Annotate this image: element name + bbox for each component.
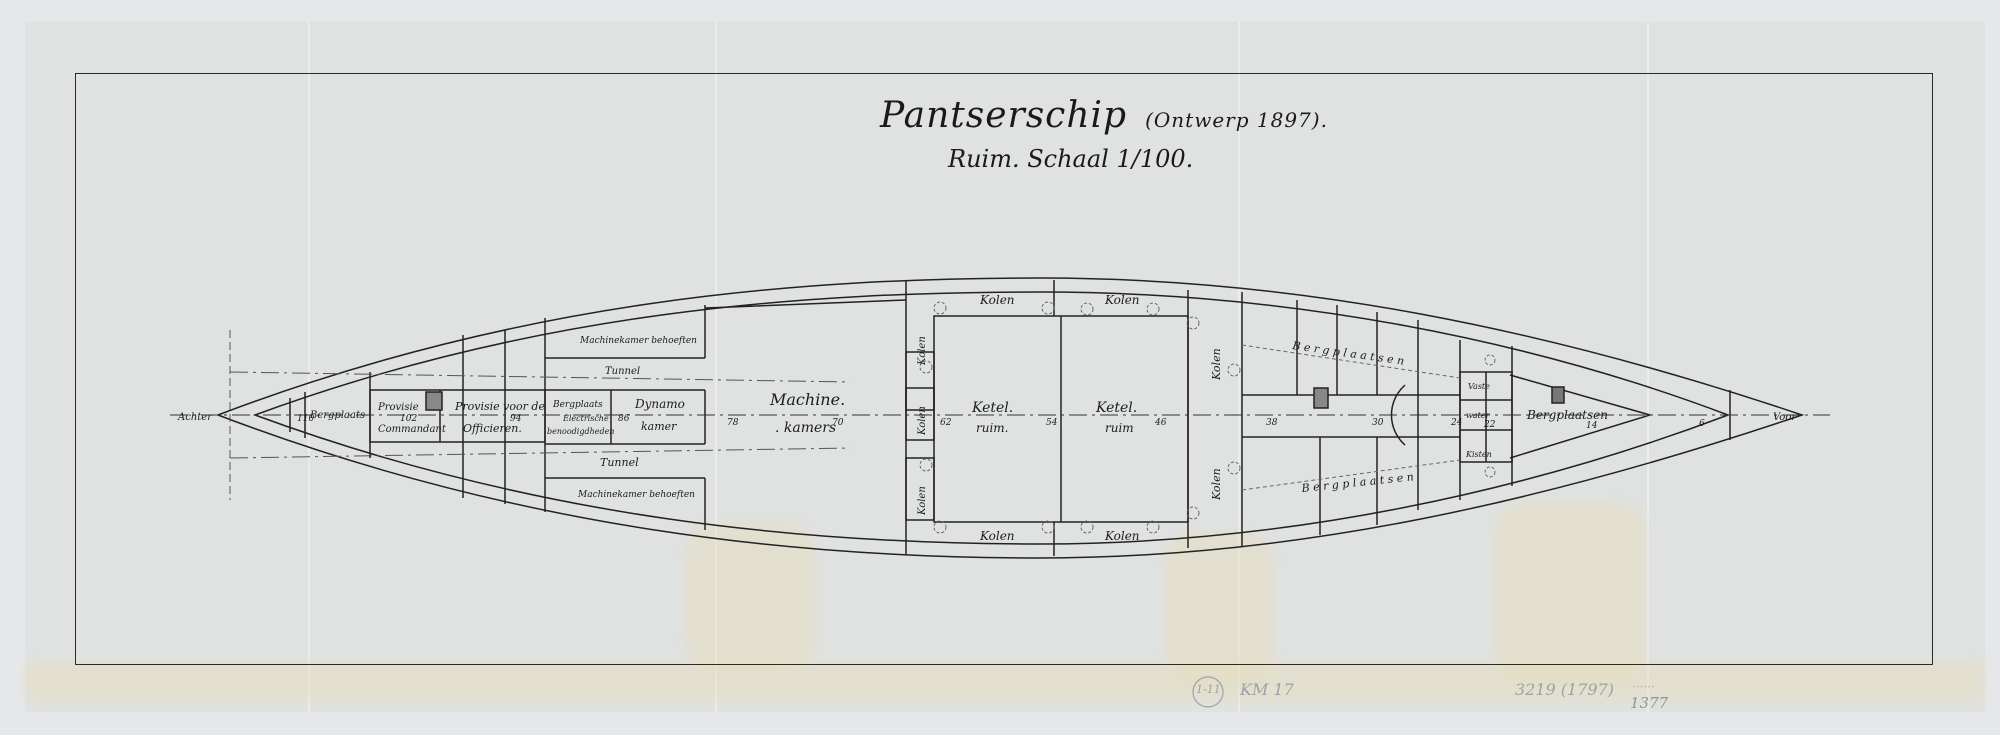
kolen-label: Kolen — [917, 336, 928, 366]
hatch-icon — [1552, 387, 1564, 403]
hull-inner — [255, 292, 1728, 544]
frame-number: 38 — [1266, 418, 1278, 428]
frame-number: 62 — [940, 418, 952, 428]
kolen-label: Kolen — [917, 486, 928, 516]
vaste-water-kisten: Vaste — [1468, 382, 1490, 391]
ketelruim-label: ruim — [1105, 421, 1134, 435]
machinekamer-behoeften-top: Machinekamer behoeften — [579, 336, 697, 346]
bergplaats-electrische: Bergplaats — [552, 400, 603, 410]
provisie-commandant-label: Provisie — [377, 402, 419, 413]
frame-number: 78 — [727, 418, 739, 428]
provisie-commandant-label: Commandant — [378, 424, 447, 435]
frame-number: 94 — [510, 414, 522, 424]
ship-hold-plan: Achter Voor Bergplaats Provisie Commanda… — [0, 0, 2000, 735]
fore-label: Voor — [1773, 412, 1797, 423]
archive-km-mark: KM 17 — [1240, 680, 1294, 699]
kolen-label: Kolen — [1104, 293, 1140, 307]
machinekamers-label: . kamers — [775, 420, 836, 436]
bergplaats-electrische: benoodigdheden — [547, 427, 614, 436]
provisie-officieren-label: Provisie voor de — [454, 400, 545, 413]
ketelruim-label: ruim. — [976, 421, 1009, 435]
vaste-water-kisten: Kisten — [1465, 450, 1492, 459]
bergplaatsen-fore: Bergplaatsen — [1526, 408, 1608, 422]
frame-number: 30 — [1372, 418, 1384, 428]
frame-number: 22 — [1483, 420, 1496, 430]
tunnel-bottom: Tunnel — [600, 456, 639, 469]
frame-number: 70 — [832, 418, 844, 428]
aft-label: Achter — [177, 412, 213, 423]
archive-circle-mark: 1-11 — [1196, 683, 1221, 696]
dynamo-kamer: kamer — [641, 420, 677, 433]
kolen-label: Kolen — [1104, 529, 1140, 543]
frame-number: 54 — [1046, 418, 1058, 428]
dynamo-kamer: Dynamo — [634, 397, 685, 411]
tunnel-top: Tunnel — [605, 366, 640, 377]
kolen-label: Kolen — [917, 406, 928, 436]
compartment-bergplaats-aft: Bergplaats — [309, 410, 365, 421]
frame-number: 110 — [297, 414, 314, 424]
vaste-water-kisten: water — [1466, 411, 1491, 420]
frame-number: 14 — [1586, 421, 1598, 431]
bergplaatsen-top: B e r g p l a a t s e n — [1291, 339, 1405, 368]
kolen-label: Kolen — [1210, 468, 1223, 501]
bergplaatsen-bottom: B e r g p l a a t s e n — [1300, 470, 1414, 495]
kolen-label: Kolen — [1210, 348, 1223, 381]
kolen-label: Kolen — [979, 529, 1015, 543]
hatch-icon — [1314, 388, 1328, 408]
machinekamer-behoeften-bottom: Machinekamer behoeften — [577, 490, 695, 500]
ketelruim-label: Ketel. — [1095, 400, 1137, 416]
machinekamers-label: Machine. — [769, 390, 845, 409]
frame-number: 24 — [1450, 418, 1463, 428]
archive-sheet-number: 1377 — [1630, 694, 1668, 712]
archive-small-mark: ······ — [1632, 680, 1655, 694]
bergplaats-electrische: Electrische — [562, 414, 609, 423]
frame-number: 6 — [1699, 419, 1705, 429]
frame-number: 86 — [618, 414, 630, 424]
frame-number: 46 — [1154, 418, 1167, 428]
archive-ref-mark: 3219 (1797) — [1515, 680, 1614, 699]
kolen-label: Kolen — [979, 293, 1015, 307]
ketelruim-label: Ketel. — [971, 400, 1013, 416]
stairs-icon — [426, 392, 442, 410]
frame-number: 102 — [400, 414, 417, 424]
